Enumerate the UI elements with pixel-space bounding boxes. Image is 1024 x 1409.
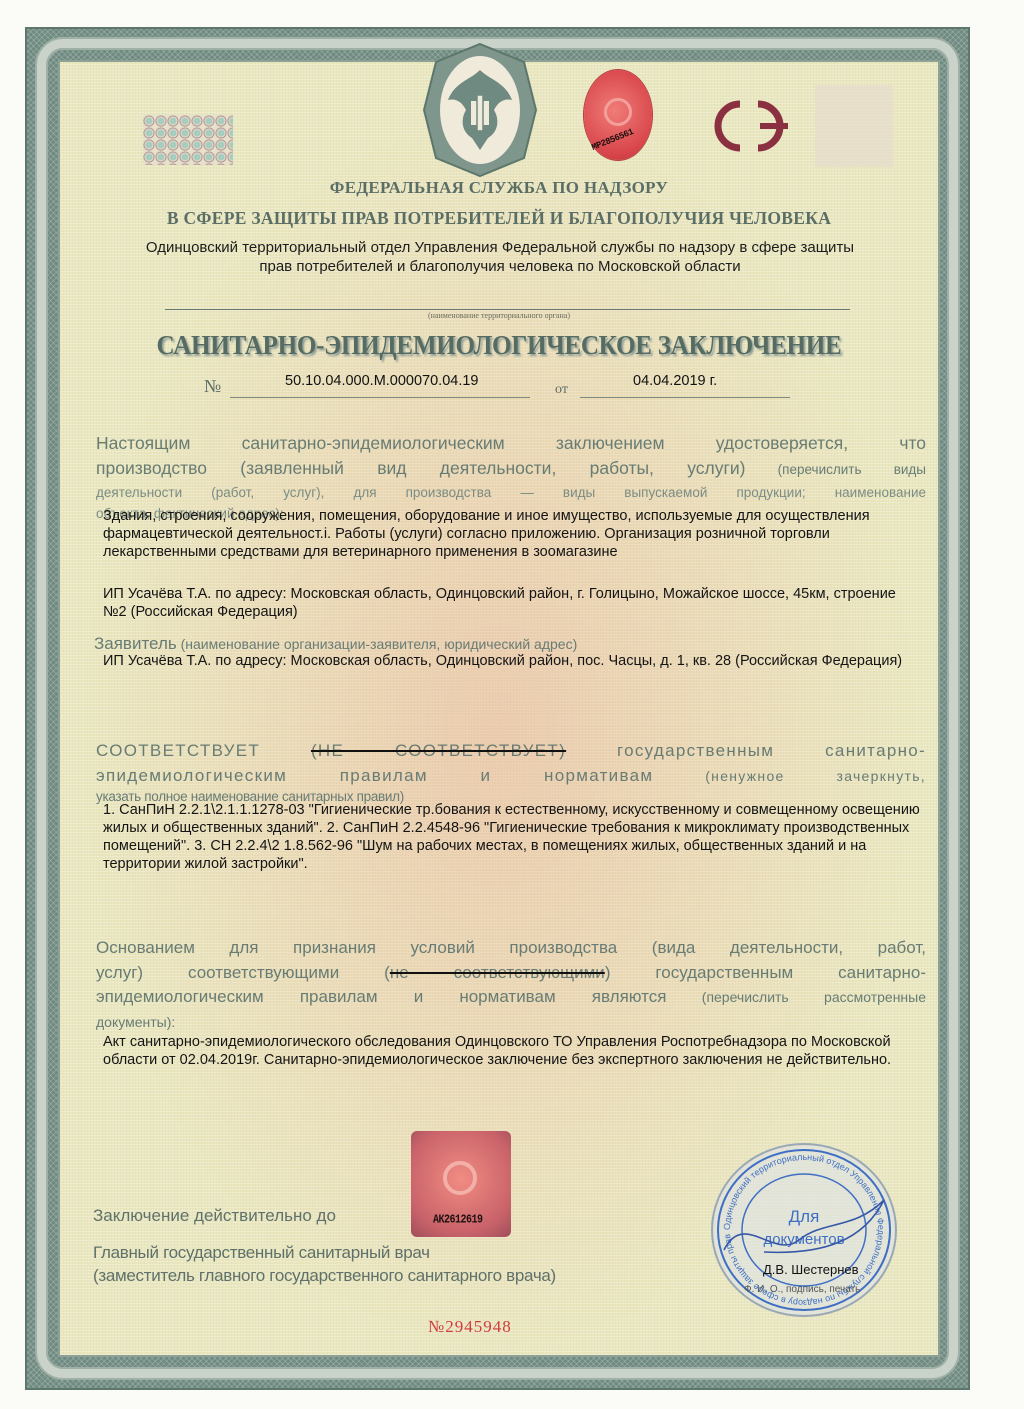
security-pattern (143, 115, 233, 165)
date-underline (580, 397, 790, 398)
compliance-line2-main: эпидемиологическим правилам и нормативам (96, 766, 653, 785)
hologram-code-bottom: АК2612619 (433, 1214, 483, 1227)
production-address: ИП Усачёва Т.А. по адресу: Московская об… (103, 585, 923, 621)
number-sign: № (204, 376, 221, 397)
applicant-label-hint: (наименование организации-заявителя, юри… (177, 636, 578, 652)
date-label: от (555, 382, 568, 398)
org-line-2: прав потребителей и благополучия человек… (80, 257, 920, 276)
production-value: Здания, строения, сооружения, помещения,… (103, 507, 923, 561)
doctor-line2: (заместитель главного государственного с… (93, 1264, 556, 1287)
applicant-label-main: Заявитель (94, 634, 177, 653)
doctor-line1: Главный государственный санитарный врач (93, 1241, 556, 1264)
document-date: 04.04.2019 г. (633, 373, 717, 389)
compliance-line2-hint: (ненужное зачеркнуть, (653, 768, 926, 784)
applicant-value: ИП Усачёва Т.А. по адресу: Московская об… (103, 652, 923, 670)
production-label-line1: Настоящим санитарно-эпидемиологическим з… (96, 431, 926, 456)
signer-name: Д.В. Шестернев (763, 1262, 859, 1277)
org-line-1: Одинцовский территориальный отдел Управл… (80, 238, 920, 257)
number-underline (230, 397, 530, 398)
agency-title-line1: ФЕДЕРАЛЬНАЯ СЛУЖБА ПО НАДЗОРУ (60, 178, 938, 198)
compliance-section-label: СООТВЕТСТВУЕТ (НЕ СООТВЕТСТВУЕТ) государ… (96, 738, 926, 805)
basis-line1: Основанием для признания условий произво… (96, 936, 926, 961)
production-label-line3: деятельности (работ, услуг), для произво… (96, 482, 926, 503)
basis-line4: документы): (96, 1010, 926, 1035)
production-label-main: производство (заявленный вид деятельност… (96, 458, 745, 478)
signer-caption: Ф. И. О., подпись, печать (744, 1284, 860, 1295)
basis-line2-end: ) государственным санитарно- (605, 963, 926, 982)
production-label-hint: (перечислить виды (745, 462, 926, 477)
hologram-code: МР2856561 (590, 121, 649, 153)
compliance-line1: СООТВЕТСТВУЕТ (НЕ СООТВЕТСТВУЕТ) государ… (96, 738, 926, 763)
hologram-sticker: МР2856561 (584, 70, 652, 160)
territorial-body-name: Одинцовский территориальный отдел Управл… (80, 238, 920, 276)
emblem-icon (420, 40, 540, 180)
valid-until-label: Заключение действительно до (93, 1206, 336, 1226)
basis-line2-struck: не соответствующими (390, 963, 605, 982)
hologram-mark-icon (604, 98, 632, 126)
compliance-struck: (НЕ СООТВЕТСТВУЕТ) (311, 741, 566, 760)
compliance-status: СООТВЕТСТВУЕТ (96, 741, 260, 760)
basis-line3-main: эпидемиологическим правилам и нормативам… (96, 987, 666, 1006)
document-title: САНИТАРНО-ЭПИДЕМИОЛОГИЧЕСКОЕ ЗАКЛЮЧЕНИЕ (91, 330, 908, 361)
production-label-line2: производство (заявленный вид деятельност… (96, 456, 926, 482)
blank-area (815, 85, 893, 167)
hologram-sticker-bottom: АК2612619 (411, 1131, 511, 1237)
basis-documents-value: Акт санитарно-эпидемиологического обслед… (103, 1033, 923, 1069)
compliance-rules-value: 1. СанПиН 2.2.1\2.1.1.1278-03 "Гигиениче… (103, 801, 923, 873)
compliance-line1-rest: государственным санитарно- (566, 741, 926, 760)
basis-line2: услуг) соответствующими (не соответствую… (96, 961, 926, 986)
document-number-row: № 50.10.04.000.М.000070.04.19 от 04.04.2… (0, 370, 1024, 400)
form-serial-number: №2945948 (428, 1317, 512, 1337)
chief-doctor-title: Главный государственный санитарный врач … (93, 1241, 556, 1287)
hologram-mark-icon (443, 1161, 477, 1195)
agency-title-line2: В СФЕРЕ ЗАЩИТЫ ПРАВ ПОТРЕБИТЕЛЕЙ И БЛАГО… (60, 208, 938, 229)
document-number: 50.10.04.000.М.000070.04.19 (285, 373, 479, 389)
divider (165, 309, 850, 310)
se-mark-icon (708, 96, 798, 156)
basis-line3: эпидемиологическим правилам и нормативам… (96, 985, 926, 1010)
org-caption: (наименование территориального органа) (60, 311, 938, 320)
applicant-label: Заявитель (наименование организации-заяв… (94, 634, 924, 654)
basis-line2-start: услуг) соответствующими ( (96, 963, 390, 982)
compliance-line2: эпидемиологическим правилам и нормативам… (96, 763, 926, 789)
basis-line3-hint: (перечислить рассмотренные (666, 989, 926, 1005)
svg-text:Для: Для (789, 1207, 820, 1226)
basis-section-label: Основанием для признания условий произво… (96, 936, 926, 1034)
